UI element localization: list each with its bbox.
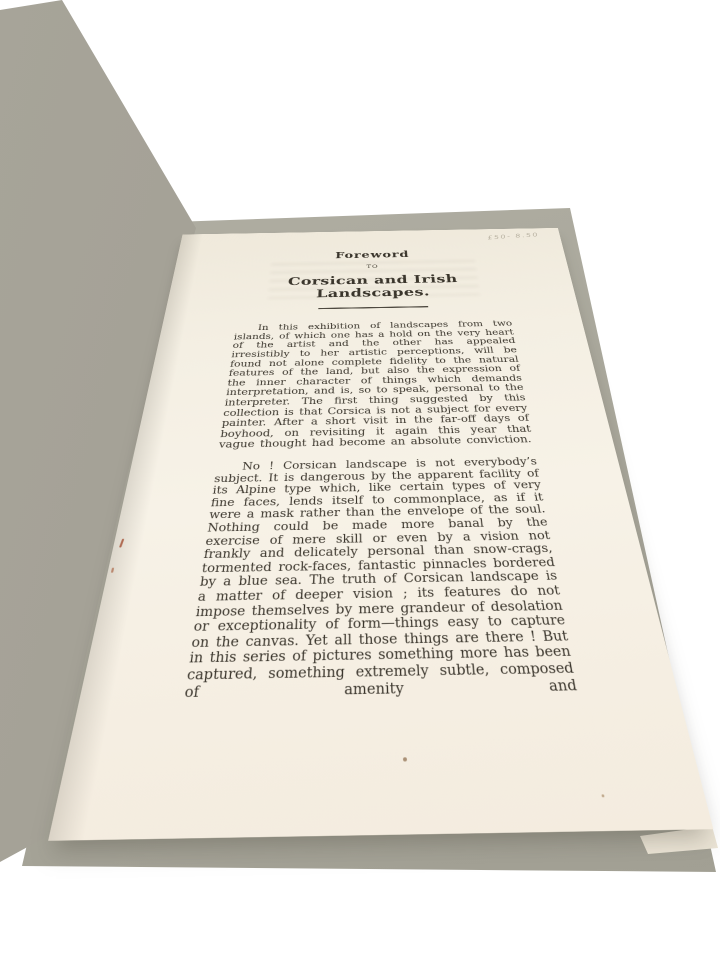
pencil-price-annotation: £50- 8.50 (487, 232, 540, 241)
foreword-paragraph-1: In this exhibition of landscapes from tw… (218, 320, 534, 451)
title-rule-divider (318, 306, 428, 309)
heading-connector: TO (243, 262, 502, 271)
foreword-heading: Foreword (244, 247, 500, 262)
foreword-page: £50- 8.50 Foreword TO Corsican and Irish… (48, 228, 713, 841)
foxing-spot (601, 794, 604, 797)
ink-speck (119, 539, 124, 548)
book-title: Corsican and Irish Landscapes. (239, 272, 508, 303)
book-photograph: £50- 8.50 Foreword TO Corsican and Irish… (0, 0, 720, 960)
ink-speck (111, 568, 114, 573)
foreword-paragraph-2: No ! Corsican landscape is not everybody… (184, 456, 579, 701)
foxing-spot (403, 757, 407, 761)
page-wrapper: £50- 8.50 Foreword TO Corsican and Irish… (134, 109, 614, 789)
